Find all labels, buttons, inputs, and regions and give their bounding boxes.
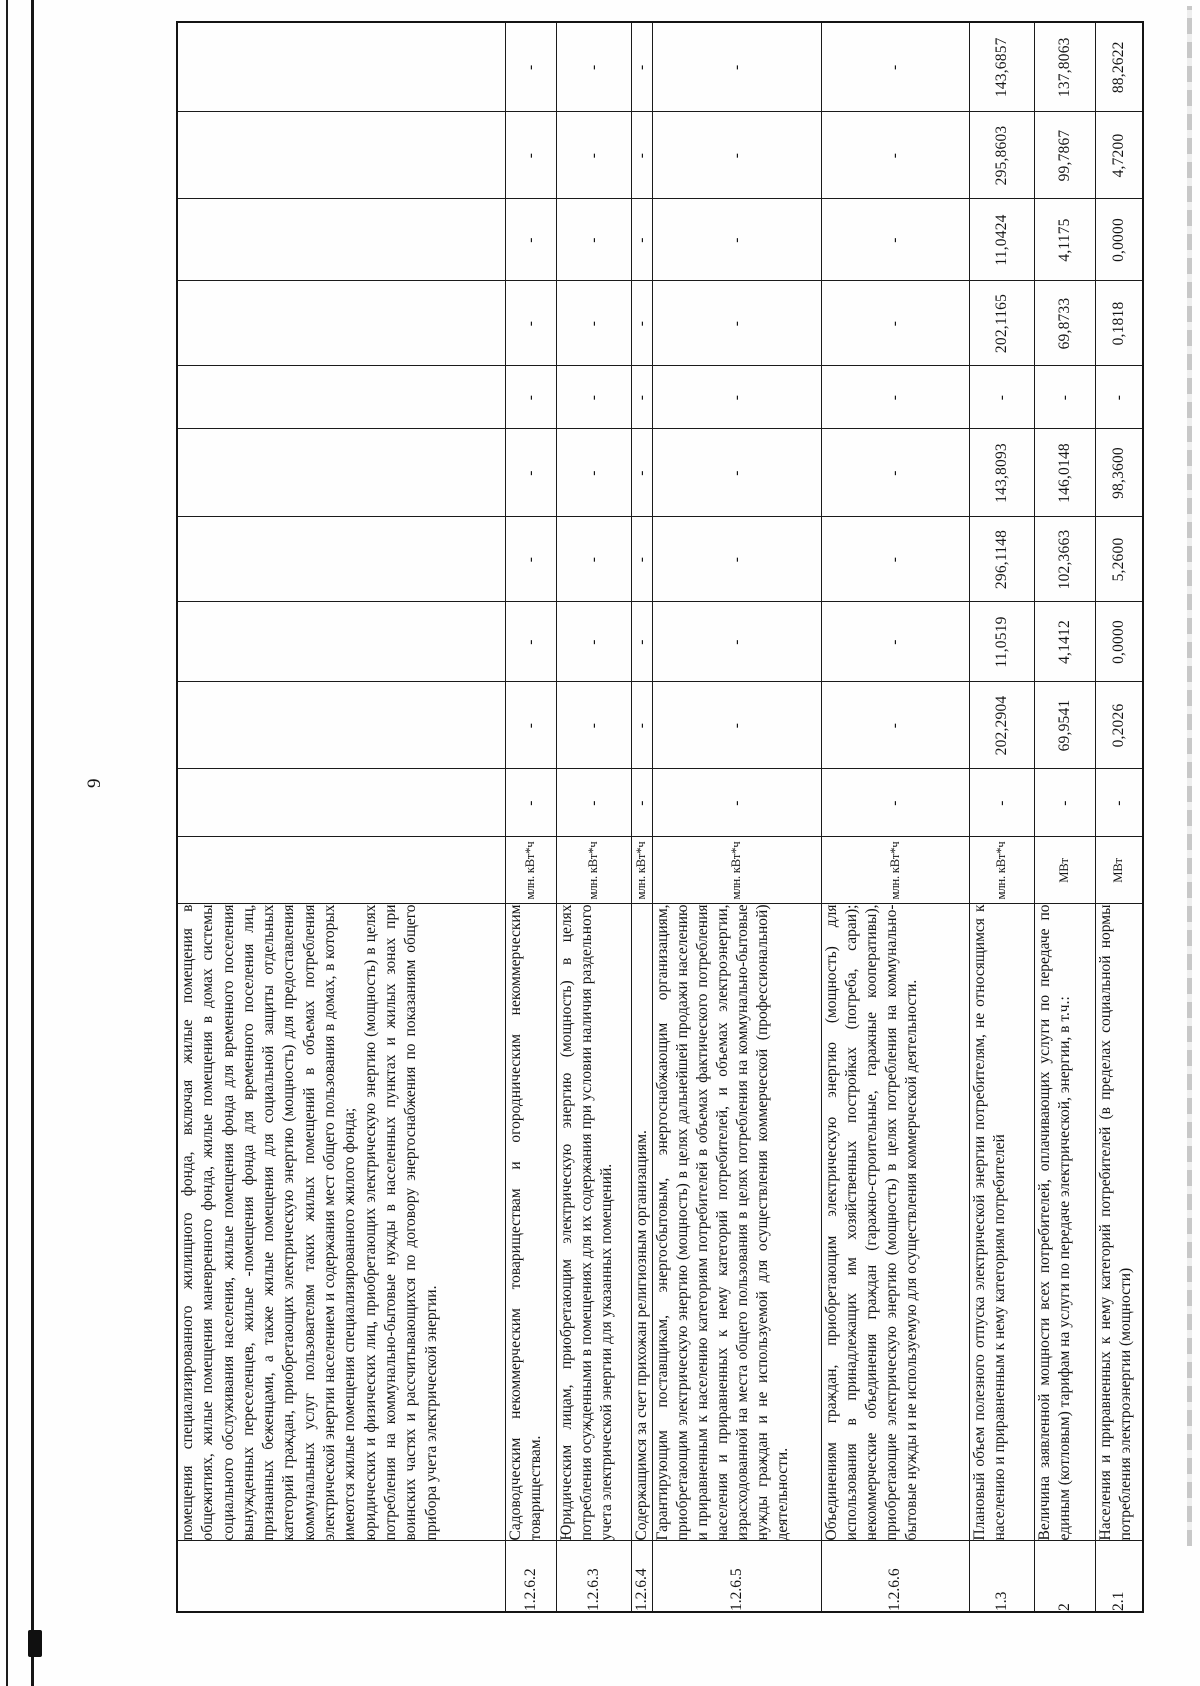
value-cell: - xyxy=(1034,366,1095,429)
value-cell: 295,8603 xyxy=(969,112,1034,199)
row-number-cell: 1.3 xyxy=(969,1541,1034,1612)
value-cell: - xyxy=(631,429,652,517)
value-cell: 0,2026 xyxy=(1095,682,1143,769)
row-number-cell: 2.1 xyxy=(1095,1541,1143,1612)
value-cell: - xyxy=(505,769,556,837)
row-unit-cell xyxy=(177,837,505,904)
scan-artifact-line xyxy=(6,0,8,1686)
value-cell xyxy=(177,199,505,281)
value-cell: 11,0424 xyxy=(969,199,1034,281)
value-cell: 146,0148 xyxy=(1034,429,1095,517)
value-cell: - xyxy=(821,366,969,429)
page-number: 9 xyxy=(84,779,106,789)
rotated-sheet: 9 помещения специализированного жилищног… xyxy=(0,0,1200,1686)
table-row: 1.2.6.2Садоводческим некоммерческим това… xyxy=(505,22,556,1612)
value-cell: - xyxy=(652,199,821,281)
row-unit-cell: млн. кВт*ч xyxy=(556,837,631,904)
value-cell: - xyxy=(652,602,821,682)
value-cell: - xyxy=(556,429,631,517)
description-paragraph: Гарантирующим поставщикам, энергосбытовы… xyxy=(653,905,793,1541)
value-cell: - xyxy=(652,366,821,429)
value-cell: 5,2600 xyxy=(1095,517,1143,602)
value-cell xyxy=(177,682,505,769)
row-number-cell: 2 xyxy=(1034,1541,1095,1612)
value-cell: 99,7867 xyxy=(1034,112,1095,199)
value-cell: - xyxy=(969,769,1034,837)
value-cell: - xyxy=(505,22,556,112)
value-cell: - xyxy=(556,366,631,429)
value-cell: - xyxy=(821,281,969,366)
value-cell: - xyxy=(652,22,821,112)
row-unit-cell: млн. кВт*ч xyxy=(821,837,969,904)
value-cell: - xyxy=(821,602,969,682)
value-cell: 202,1165 xyxy=(969,281,1034,366)
value-cell: - xyxy=(505,682,556,769)
value-cell: - xyxy=(505,517,556,602)
value-cell: - xyxy=(556,199,631,281)
value-cell: - xyxy=(652,112,821,199)
value-cell: 143,8093 xyxy=(969,429,1034,517)
value-cell: 4,1412 xyxy=(1034,602,1095,682)
value-cell: - xyxy=(556,682,631,769)
value-cell: 137,8063 xyxy=(1034,22,1095,112)
table-row: 1.2.6.5Гарантирующим поставщикам, энерго… xyxy=(652,22,821,1612)
row-description-cell: Юридическим лицам, приобретающим электри… xyxy=(556,904,631,1541)
value-cell: 69,9541 xyxy=(1034,682,1095,769)
row-description-cell: Садоводческим некоммерческим товариществ… xyxy=(505,904,556,1541)
value-cell: - xyxy=(631,602,652,682)
value-cell: 0,0000 xyxy=(1095,602,1143,682)
value-cell: 69,8733 xyxy=(1034,281,1095,366)
row-number-cell: 1.2.6.6 xyxy=(821,1541,969,1612)
value-cell: - xyxy=(556,112,631,199)
value-cell: - xyxy=(505,112,556,199)
value-cell: 296,1148 xyxy=(969,517,1034,602)
description-paragraph: Содержащимся за счет прихожан религиозны… xyxy=(632,905,652,1541)
row-description-cell: помещения специализированного жилищного … xyxy=(177,904,505,1541)
description-paragraph: помещения специализированного жилищного … xyxy=(178,905,361,1541)
table-body: помещения специализированного жилищного … xyxy=(177,22,1143,1612)
value-cell: - xyxy=(505,602,556,682)
value-cell: - xyxy=(631,769,652,837)
value-cell xyxy=(177,281,505,366)
value-cell: - xyxy=(652,682,821,769)
table-row: 1.2.6.3Юридическим лицам, приобретающим … xyxy=(556,22,631,1612)
row-description-cell: Населения и приравненных к нему категори… xyxy=(1095,904,1143,1541)
description-paragraph: Юридическим лицам, приобретающим электри… xyxy=(557,905,617,1541)
value-cell: - xyxy=(556,769,631,837)
row-number-cell: 1.2.6.5 xyxy=(652,1541,821,1612)
value-cell: - xyxy=(631,517,652,602)
description-paragraph: Садоводческим некоммерческим товариществ… xyxy=(506,905,546,1541)
value-cell: - xyxy=(652,429,821,517)
row-unit-cell: млн. кВт*ч xyxy=(652,837,821,904)
value-cell: - xyxy=(1034,769,1095,837)
row-number-cell: 1.2.6.4 xyxy=(631,1541,652,1612)
value-cell: - xyxy=(969,366,1034,429)
value-cell: - xyxy=(631,22,652,112)
value-cell: - xyxy=(1095,769,1143,837)
table-row: 1.2.6.4Содержащимся за счет прихожан рел… xyxy=(631,22,652,1612)
table-row: 2Величина заявленной мощности всех потре… xyxy=(1034,22,1095,1612)
value-cell: - xyxy=(821,199,969,281)
value-cell: - xyxy=(631,366,652,429)
value-cell: - xyxy=(652,769,821,837)
value-cell: 98,3600 xyxy=(1095,429,1143,517)
row-unit-cell: млн. кВт*ч xyxy=(969,837,1034,904)
table-row: 2.1Населения и приравненных к нему катег… xyxy=(1095,22,1143,1612)
value-cell: - xyxy=(1095,366,1143,429)
value-cell: 88,2622 xyxy=(1095,22,1143,112)
row-unit-cell: млн. кВт*ч xyxy=(505,837,556,904)
value-cell: 4,7200 xyxy=(1095,112,1143,199)
row-description-cell: Плановый объем полезного отпуска электри… xyxy=(969,904,1034,1541)
value-cell: - xyxy=(821,517,969,602)
value-cell xyxy=(177,769,505,837)
scan-artifact-strip xyxy=(1187,6,1192,1546)
description-paragraph: Величина заявленной мощности всех потреб… xyxy=(1035,905,1075,1541)
row-unit-cell: млн. кВт*ч xyxy=(631,837,652,904)
value-cell: - xyxy=(505,199,556,281)
value-cell: - xyxy=(631,199,652,281)
value-cell: 202,2904 xyxy=(969,682,1034,769)
row-description-cell: Содержащимся за счет прихожан религиозны… xyxy=(631,904,652,1541)
value-cell xyxy=(177,517,505,602)
value-cell: 102,3663 xyxy=(1034,517,1095,602)
value-cell: - xyxy=(505,429,556,517)
value-cell xyxy=(177,112,505,199)
value-cell: - xyxy=(821,112,969,199)
tariff-continuation-table: помещения специализированного жилищного … xyxy=(176,21,1144,1613)
row-number-cell xyxy=(177,1541,505,1612)
row-description-cell: Величина заявленной мощности всех потреб… xyxy=(1034,904,1095,1541)
value-cell: - xyxy=(631,682,652,769)
table-row: 1.3Плановый объем полезного отпуска элек… xyxy=(969,22,1034,1612)
row-number-cell: 1.2.6.3 xyxy=(556,1541,631,1612)
scanned-document-page: 9 помещения специализированного жилищног… xyxy=(0,0,1200,1686)
scan-artifact-line xyxy=(31,0,34,1686)
value-cell: - xyxy=(821,682,969,769)
value-cell: - xyxy=(652,517,821,602)
value-cell: - xyxy=(821,429,969,517)
value-cell: - xyxy=(652,281,821,366)
value-cell: - xyxy=(556,517,631,602)
value-cell: - xyxy=(505,281,556,366)
value-cell xyxy=(177,602,505,682)
value-cell xyxy=(177,429,505,517)
value-cell: - xyxy=(821,22,969,112)
value-cell: - xyxy=(556,22,631,112)
description-paragraph: Населения и приравненных к нему категори… xyxy=(1096,905,1136,1541)
description-paragraph: юридических и физических лиц, приобретаю… xyxy=(361,905,442,1541)
row-unit-cell: МВт xyxy=(1095,837,1143,904)
value-cell: - xyxy=(505,366,556,429)
value-cell: 4,1175 xyxy=(1034,199,1095,281)
row-unit-cell: МВт xyxy=(1034,837,1095,904)
value-cell: - xyxy=(631,281,652,366)
description-paragraph: Плановый объем полезного отпуска электри… xyxy=(970,905,1010,1541)
row-description-cell: Гарантирующим поставщикам, энергосбытовы… xyxy=(652,904,821,1541)
value-cell: 0,1818 xyxy=(1095,281,1143,366)
row-number-cell: 1.2.6.2 xyxy=(505,1541,556,1612)
table-row: 1.2.6.6Объединениям граждан, приобретающ… xyxy=(821,22,969,1612)
value-cell: 11,0519 xyxy=(969,602,1034,682)
value-cell: 143,6857 xyxy=(969,22,1034,112)
table-row: помещения специализированного жилищного … xyxy=(177,22,505,1612)
row-description-cell: Объединениям граждан, приобретающим элек… xyxy=(821,904,969,1541)
value-cell: - xyxy=(821,769,969,837)
value-cell: - xyxy=(556,281,631,366)
value-cell: - xyxy=(556,602,631,682)
scan-artifact-blob xyxy=(28,1630,42,1657)
value-cell xyxy=(177,366,505,429)
description-paragraph: Объединениям граждан, приобретающим элек… xyxy=(822,905,922,1541)
value-cell xyxy=(177,22,505,112)
value-cell: 0,0000 xyxy=(1095,199,1143,281)
value-cell: - xyxy=(631,112,652,199)
